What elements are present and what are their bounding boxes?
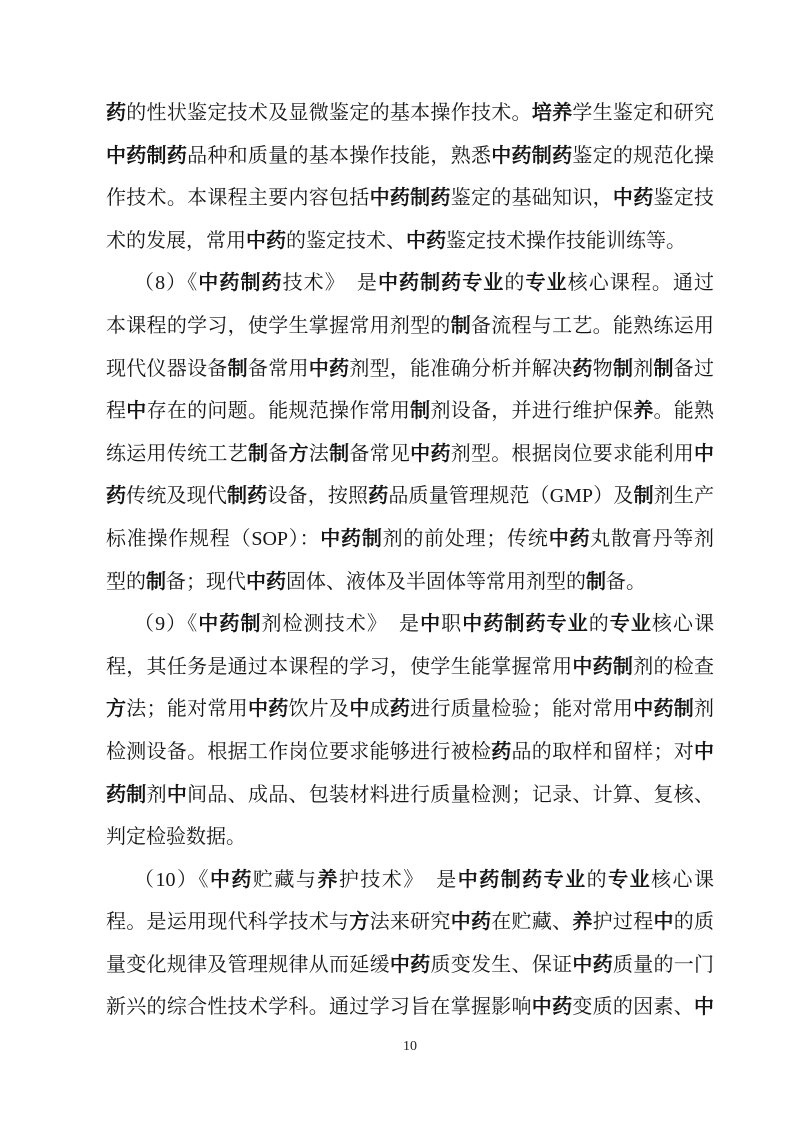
- text-segment: 剂: [694, 698, 714, 720]
- text-line: 术的发展，常用中药的鉴定技术、中药鉴定技术操作技能训练等。: [106, 220, 714, 263]
- text-line: 药传统及现代制药设备，按照药品质量管理规范（GMP）及制剂生产: [106, 475, 714, 518]
- text-segment: 备过: [674, 358, 714, 380]
- text-line: 程中存在的问题。能规范操作常用制剂设备，并进行维护保养。能熟: [106, 390, 714, 433]
- text-segment: 中药: [549, 528, 591, 550]
- text-segment: 方: [289, 443, 309, 465]
- text-segment: 备流程与工艺。能熟练运用: [471, 315, 714, 337]
- text-segment: 制: [586, 571, 606, 593]
- text-segment: 药: [368, 485, 388, 507]
- text-segment: 剂型，能准确分析并解决: [349, 358, 572, 380]
- text-segment: 在贮藏、: [491, 911, 572, 933]
- text-segment: 药: [106, 102, 126, 124]
- text-segment: 饮片及: [289, 698, 350, 720]
- text-segment: 的性状鉴定技术及显微鉴定的基本操作技术。: [126, 102, 532, 124]
- text-segment: 存在的问题。能规范操作常用: [147, 400, 411, 422]
- text-segment: 中药制药专业: [462, 613, 588, 635]
- text-line: （10）《中药贮藏与养护技术》 是中药制药专业的专业核心课: [106, 859, 714, 902]
- text-line: （9）《中药制剂检测技术》 是中职中药制药专业的专业核心课: [106, 603, 714, 646]
- text-segment: 作技术。本课程主要内容包括: [106, 187, 370, 209]
- text-segment: （9）《: [134, 613, 198, 635]
- text-line: 作技术。本课程主要内容包括中药制药鉴定的基础知识，中药鉴定技: [106, 177, 714, 220]
- text-segment: 的: [504, 272, 525, 294]
- text-segment: 判定检验数据。: [106, 826, 246, 848]
- text-segment: 中药制: [320, 528, 382, 550]
- text-segment: 中: [126, 400, 146, 422]
- text-segment: 量变化规律及管理规律从而延缓: [106, 954, 390, 976]
- text-segment: 程: [106, 400, 126, 422]
- text-segment: 技术》 是: [283, 272, 378, 294]
- text-segment: 术的发展，常用: [106, 230, 246, 252]
- text-segment: 备常见: [349, 443, 410, 465]
- text-segment: 中药制药专业: [458, 869, 587, 891]
- text-segment: 中药: [248, 698, 289, 720]
- text-segment: 型的: [106, 571, 146, 593]
- text-segment: 固体、液体及半固体等常用剂型的: [286, 571, 586, 593]
- text-line: 程，其任务是通过本课程的学习，使学生能掌握常用中药制剂的检查: [106, 646, 714, 689]
- text-segment: 程，其任务是通过本课程的学习，使学生能掌握常用: [106, 656, 572, 678]
- text-segment: 制药: [227, 485, 267, 507]
- text-segment: 鉴定的规范化操: [572, 145, 714, 167]
- text-segment: 剂的检查: [633, 656, 714, 678]
- text-segment: 质变发生、保证: [430, 954, 572, 976]
- text-segment: 护技术》 是: [339, 869, 458, 891]
- text-segment: 间品、成品、包装材料进行质量检测；记录、计算、复核、: [187, 784, 714, 806]
- text-segment: 物: [593, 358, 613, 380]
- text-segment: 制: [410, 400, 430, 422]
- text-segment: 的: [587, 869, 608, 891]
- text-segment: 制: [228, 358, 248, 380]
- text-segment: 检测设备。根据工作岗位要求能够进行被检: [106, 741, 491, 763]
- text-segment: 培养: [532, 102, 573, 124]
- text-segment: 护过程: [593, 911, 654, 933]
- document-page: 药的性状鉴定技术及显微鉴定的基本操作技术。培养学生鉴定和研究中药制药品种和质量的…: [0, 0, 800, 1131]
- text-segment: 药: [572, 358, 592, 380]
- text-segment: 中药: [613, 187, 654, 209]
- text-segment: 核心课: [652, 613, 714, 635]
- text-segment: 丸散膏丹等剂: [590, 528, 714, 550]
- text-segment: 现代仪器设备: [106, 358, 228, 380]
- text-segment: （10）《: [134, 869, 210, 891]
- text-segment: 核心课程。通过: [568, 272, 714, 294]
- text-segment: 备；现代: [166, 571, 246, 593]
- text-segment: 药: [390, 698, 410, 720]
- text-segment: 鉴定技: [653, 187, 714, 209]
- text-segment: 中药制: [572, 656, 633, 678]
- text-segment: 中药: [210, 869, 253, 891]
- text-segment: 中: [167, 784, 187, 806]
- text-segment: 剂: [147, 784, 167, 806]
- text-segment: 中药制药: [370, 187, 451, 209]
- text-segment: 剂: [633, 358, 653, 380]
- text-segment: 剂的前处理；传统: [383, 528, 549, 550]
- text-segment: 中药制药: [491, 145, 572, 167]
- text-line: 检测设备。根据工作岗位要求能够进行被检药品的取样和留样；对中: [106, 731, 714, 774]
- text-segment: 的: [589, 613, 610, 635]
- text-segment: 剂型。根据岗位要求能利用: [451, 443, 694, 465]
- text-segment: （8）《: [134, 272, 198, 294]
- text-segment: 中药: [532, 996, 573, 1018]
- text-segment: 核心课: [651, 869, 714, 891]
- text-segment: 中药制药: [198, 272, 282, 294]
- text-segment: 鉴定技术操作技能训练等。: [446, 230, 686, 252]
- text-segment: 药: [491, 741, 511, 763]
- text-segment: 贮藏与: [253, 869, 317, 891]
- text-segment: 练运用传统工艺: [106, 443, 248, 465]
- text-line: 练运用传统工艺制备方法制备常见中药剂型。根据岗位要求能利用中: [106, 433, 714, 476]
- text-line: 判定检验数据。: [106, 816, 714, 859]
- text-segment: 制: [654, 358, 674, 380]
- text-segment: 中药: [246, 571, 286, 593]
- text-segment: 中: [349, 698, 369, 720]
- text-segment: 养: [572, 911, 592, 933]
- text-segment: 养: [633, 400, 653, 422]
- text-segment: 剂设备，并进行维护保: [430, 400, 633, 422]
- text-segment: 中: [694, 443, 714, 465]
- text-segment: 专业: [608, 869, 651, 891]
- text-segment: 本课程的学习，使学生掌握常用剂型的: [106, 315, 451, 337]
- text-segment: 法来研究: [370, 911, 451, 933]
- text-segment: 传统及现代: [126, 485, 227, 507]
- text-segment: 法: [309, 443, 329, 465]
- text-segment: 方: [349, 911, 369, 933]
- text-line: 方法；能对常用中药饮片及中成药进行质量检验；能对常用中药制剂: [106, 688, 714, 731]
- text-segment: 中: [694, 996, 714, 1018]
- text-line: 中药制药品种和质量的基本操作技能，熟悉中药制药鉴定的规范化操: [106, 135, 714, 178]
- text-segment: 进行质量检验；能对常用: [410, 698, 633, 720]
- text-line: 型的制备；现代中药固体、液体及半固体等常用剂型的制备。: [106, 561, 714, 604]
- text-segment: 标准操作规程（SOP）：: [106, 528, 320, 550]
- text-segment: 职: [441, 613, 462, 635]
- text-line: 程。是运用现代科学技术与方法来研究中药在贮藏、养护过程中的质: [106, 901, 714, 944]
- text-segment: 剂生产: [654, 485, 714, 507]
- text-segment: 中药制: [633, 698, 694, 720]
- text-segment: 专业: [525, 272, 567, 294]
- text-segment: 备。: [606, 571, 646, 593]
- text-segment: 程。是运用现代科学技术与: [106, 911, 349, 933]
- text-segment: 中药: [406, 230, 446, 252]
- text-segment: 中: [653, 911, 673, 933]
- text-segment: 制: [634, 485, 654, 507]
- text-segment: 剂检测技术》 是: [262, 613, 421, 635]
- text-segment: 学生鉴定和研究: [572, 102, 714, 124]
- text-segment: 中药制: [198, 613, 261, 635]
- text-segment: 中药: [390, 954, 431, 976]
- text-segment: 中药制药专业: [378, 272, 504, 294]
- text-segment: 中: [420, 613, 441, 635]
- text-segment: 中药: [309, 358, 350, 380]
- text-segment: 设备，按照: [267, 485, 368, 507]
- text-segment: 成: [370, 698, 390, 720]
- text-segment: 中药: [572, 954, 613, 976]
- text-segment: 备: [268, 443, 288, 465]
- text-line: 现代仪器设备制备常用中药剂型，能准确分析并解决药物制剂制备过: [106, 348, 714, 391]
- text-line: 本课程的学习，使学生掌握常用剂型的制备流程与工艺。能熟练运用: [106, 305, 714, 348]
- text-segment: 品的取样和留样；对: [512, 741, 694, 763]
- text-segment: 制: [329, 443, 349, 465]
- text-segment: 质量的一门: [613, 954, 714, 976]
- text-segment: 。能熟: [653, 400, 714, 422]
- text-segment: 药: [106, 485, 126, 507]
- text-segment: 变质的因素、: [572, 996, 694, 1018]
- text-line: （8）《中药制药技术》 是中药制药专业的专业核心课程。通过: [106, 262, 714, 305]
- text-segment: 品种和质量的基本操作技能，熟悉: [187, 145, 491, 167]
- page-number: 10: [106, 1038, 714, 1056]
- text-segment: 中: [694, 741, 714, 763]
- text-segment: 制: [146, 571, 166, 593]
- text-line: 药的性状鉴定技术及显微鉴定的基本操作技术。培养学生鉴定和研究: [106, 92, 714, 135]
- text-line: 标准操作规程（SOP）：中药制剂的前处理；传统中药丸散膏丹等剂: [106, 518, 714, 561]
- text-segment: 中药: [410, 443, 451, 465]
- text-segment: 的鉴定技术、: [286, 230, 406, 252]
- text-segment: 中药: [246, 230, 286, 252]
- text-line: 药制剂中间品、成品、包装材料进行质量检测；记录、计算、复核、: [106, 774, 714, 817]
- text-segment: 中药: [451, 911, 492, 933]
- text-line: 新兴的综合性技术学科。通过学习旨在掌握影响中药变质的因素、中: [106, 986, 714, 1029]
- text-segment: 法；能对常用: [126, 698, 248, 720]
- text-segment: 中药制药: [106, 145, 187, 167]
- text-segment: 品质量管理规范（GMP）及: [388, 485, 633, 507]
- text-segment: 的质: [674, 911, 714, 933]
- text-segment: 制: [248, 443, 268, 465]
- text-segment: 药制: [106, 784, 147, 806]
- text-segment: 备常用: [248, 358, 309, 380]
- text-segment: 方: [106, 698, 126, 720]
- text-segment: 新兴的综合性技术学科。通过学习旨在掌握影响: [106, 996, 532, 1018]
- text-segment: 专业: [610, 613, 652, 635]
- document-text-block: 药的性状鉴定技术及显微鉴定的基本操作技术。培养学生鉴定和研究中药制药品种和质量的…: [106, 92, 714, 1029]
- text-segment: 养: [317, 869, 338, 891]
- text-segment: 制: [451, 315, 471, 337]
- text-segment: 鉴定的基础知识，: [451, 187, 613, 209]
- text-line: 量变化规律及管理规律从而延缓中药质变发生、保证中药质量的一门: [106, 944, 714, 987]
- text-segment: 制: [613, 358, 633, 380]
